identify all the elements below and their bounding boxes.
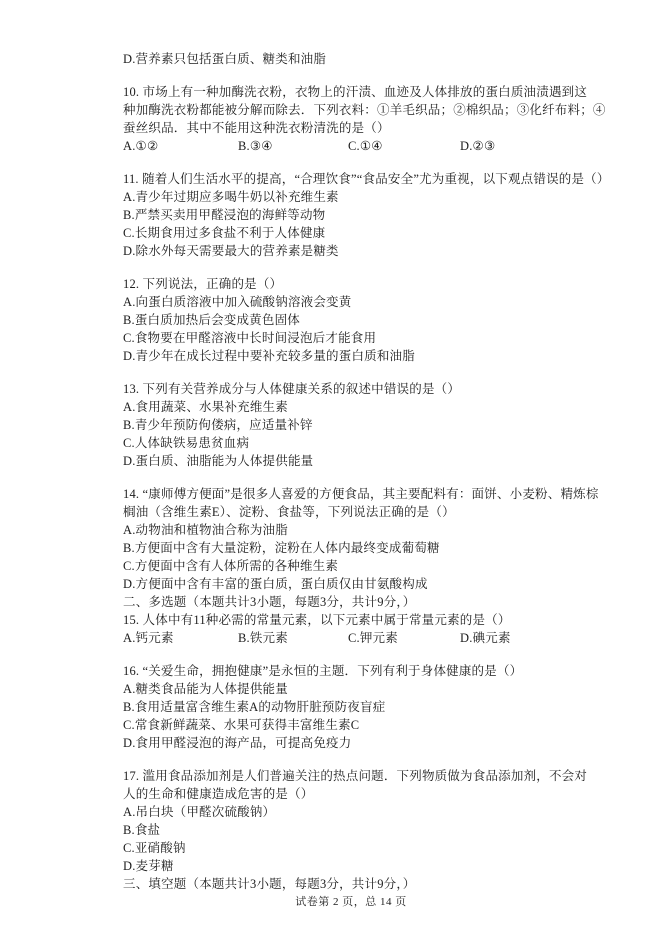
question-17-option-c: C.亚硝酸钠 <box>123 839 579 857</box>
question-14: 14. “康师傅方便面”是很多人喜爱的方便食品，其主要配料有：面饼、小麦粉、精炼… <box>123 485 579 593</box>
question-12: 12. 下列说法，正确的是（） A.向蛋白质溶液中加入硫酸钠溶液会变黄 B.蛋白… <box>123 275 579 365</box>
question-11-option-d: D.除水外每天需要最大的营养素是糖类 <box>123 242 579 260</box>
section-multi-choice-title: 二、多选题（本题共计3小题，每题3分，共计9分，） <box>123 593 579 611</box>
question-10-stem-line-3: 蚕丝织品．其中不能用这种洗衣粉清洗的是（） <box>123 119 579 137</box>
question-11-option-a: A.青少年过期应多喝牛奶以补充维生素 <box>123 188 579 206</box>
question-16-stem: 16. “关爱生命，拥抱健康”是永恒的主题．下列有利于身体健康的是（） <box>123 662 579 680</box>
question-15-option-b: B.铁元素 <box>238 629 348 647</box>
question-12-stem: 12. 下列说法，正确的是（） <box>123 275 579 293</box>
question-14-stem-line-1: 14. “康师傅方便面”是很多人喜爱的方便食品，其主要配料有：面饼、小麦粉、精炼… <box>123 485 579 503</box>
section-header-multi-choice: 二、多选题（本题共计3小题，每题3分，共计9分，） <box>123 593 579 611</box>
section-fill-blank-title: 三、填空题（本题共计3小题，每题3分，共计9分，） <box>123 875 579 893</box>
question-13-option-a: A.食用蔬菜、水果补充维生素 <box>123 398 579 416</box>
question-11: 11. 随着人们生活水平的提高，“合理饮食”“食品安全”尤为重视，以下观点错误的… <box>123 170 579 260</box>
question-10-options-row: A.①② B.③④ C.①④ D.②③ <box>123 137 579 155</box>
question-17-stem-line-1: 17. 滥用食品添加剂是人们普遍关注的热点问题．下列物质做为食品添加剂，不会对 <box>123 767 579 785</box>
question-10: 10. 市场上有一种加酶洗衣粉，衣物上的汗渍、血迹及人体排放的蛋白质油渍遇到这 … <box>123 83 579 155</box>
question-14-option-b: B.方便面中含有大量淀粉，淀粉在人体内最终变成葡萄糖 <box>123 539 579 557</box>
question-10-option-c: C.①④ <box>348 137 460 155</box>
question-13-option-b: B.青少年预防佝偻病，应适量补锌 <box>123 416 579 434</box>
question-13-stem: 13. 下列有关营养成分与人体健康关系的叙述中错误的是（） <box>123 380 579 398</box>
question-15-option-c: C.钾元素 <box>348 629 460 647</box>
question-11-option-c: C.长期食用过多食盐不利于人体健康 <box>123 224 579 242</box>
question-17-option-d: D.麦芽糖 <box>123 857 579 875</box>
question-13-option-d: D.蛋白质、油脂能为人体提供能量 <box>123 452 579 470</box>
page-footer: 试卷第 2 页，总 14 页 <box>123 894 579 910</box>
exam-content: D.营养素只包括蛋白质、糖类和油脂 10. 市场上有一种加酶洗衣粉，衣物上的汗渍… <box>123 50 579 893</box>
question-16-option-b: B.食用适量富含维生素A的动物肝脏预防夜盲症 <box>123 698 579 716</box>
section-header-fill-blank: 三、填空题（本题共计3小题，每题3分，共计9分，） <box>123 875 579 893</box>
question-15: 15. 人体中有11种必需的常量元素，以下元素中属于常量元素的是（） A.钙元素… <box>123 611 579 647</box>
question-12-option-a: A.向蛋白质溶液中加入硫酸钠溶液会变黄 <box>123 293 579 311</box>
question-9-tail: D.营养素只包括蛋白质、糖类和油脂 <box>123 50 579 68</box>
question-17: 17. 滥用食品添加剂是人们普遍关注的热点问题．下列物质做为食品添加剂，不会对 … <box>123 767 579 875</box>
question-17-option-a: A.吊白块（甲醛次硫酸钠） <box>123 803 579 821</box>
question-10-option-d: D.②③ <box>460 137 579 155</box>
question-10-stem-line-1: 10. 市场上有一种加酶洗衣粉，衣物上的汗渍、血迹及人体排放的蛋白质油渍遇到这 <box>123 83 579 101</box>
question-16: 16. “关爱生命，拥抱健康”是永恒的主题．下列有利于身体健康的是（） A.糖类… <box>123 662 579 752</box>
question-13: 13. 下列有关营养成分与人体健康关系的叙述中错误的是（） A.食用蔬菜、水果补… <box>123 380 579 470</box>
question-15-option-a: A.钙元素 <box>123 629 238 647</box>
question-14-stem-line-2: 榈油（含维生素E）、淀粉、食盐等，下列说法正确的是（） <box>123 503 579 521</box>
question-17-option-b: B.食盐 <box>123 821 579 839</box>
question-14-option-a: A.动物油和植物油合称为油脂 <box>123 521 579 539</box>
question-10-option-a: A.①② <box>123 137 238 155</box>
question-10-stem-line-2: 种加酶洗衣粉都能被分解而除去．下列衣料：①羊毛织品；②棉织品；③化纤布料；④ <box>123 101 579 119</box>
question-15-stem: 15. 人体中有11种必需的常量元素，以下元素中属于常量元素的是（） <box>123 611 579 629</box>
question-14-option-d: D.方便面中含有丰富的蛋白质，蛋白质仅由甘氨酸构成 <box>123 575 579 593</box>
question-12-option-d: D.青少年在成长过程中要补充较多量的蛋白质和油脂 <box>123 347 579 365</box>
question-12-option-b: B.蛋白质加热后会变成黄色固体 <box>123 311 579 329</box>
question-10-option-b: B.③④ <box>238 137 348 155</box>
question-15-option-d: D.碘元素 <box>460 629 579 647</box>
question-14-option-c: C.方便面中含有人体所需的各种维生素 <box>123 557 579 575</box>
question-12-option-c: C.食物要在甲醛溶液中长时间浸泡后才能食用 <box>123 329 579 347</box>
question-9-option-d: D.营养素只包括蛋白质、糖类和油脂 <box>123 50 579 68</box>
question-17-stem-line-2: 人的生命和健康造成危害的是（） <box>123 785 579 803</box>
question-11-option-b: B.严禁买卖用甲醛浸泡的海鲜等动物 <box>123 206 579 224</box>
question-16-option-d: D.食用甲醛浸泡的海产品，可提高免疫力 <box>123 734 579 752</box>
question-16-option-c: C.常食新鲜蔬菜、水果可获得丰富维生素C <box>123 716 579 734</box>
exam-paper-page: D.营养素只包括蛋白质、糖类和油脂 10. 市场上有一种加酶洗衣粉，衣物上的汗渍… <box>0 0 661 936</box>
question-15-options-row: A.钙元素 B.铁元素 C.钾元素 D.碘元素 <box>123 629 579 647</box>
question-13-option-c: C.人体缺铁易患贫血病 <box>123 434 579 452</box>
question-11-stem: 11. 随着人们生活水平的提高，“合理饮食”“食品安全”尤为重视，以下观点错误的… <box>123 170 579 188</box>
question-16-option-a: A.糖类食品能为人体提供能量 <box>123 680 579 698</box>
